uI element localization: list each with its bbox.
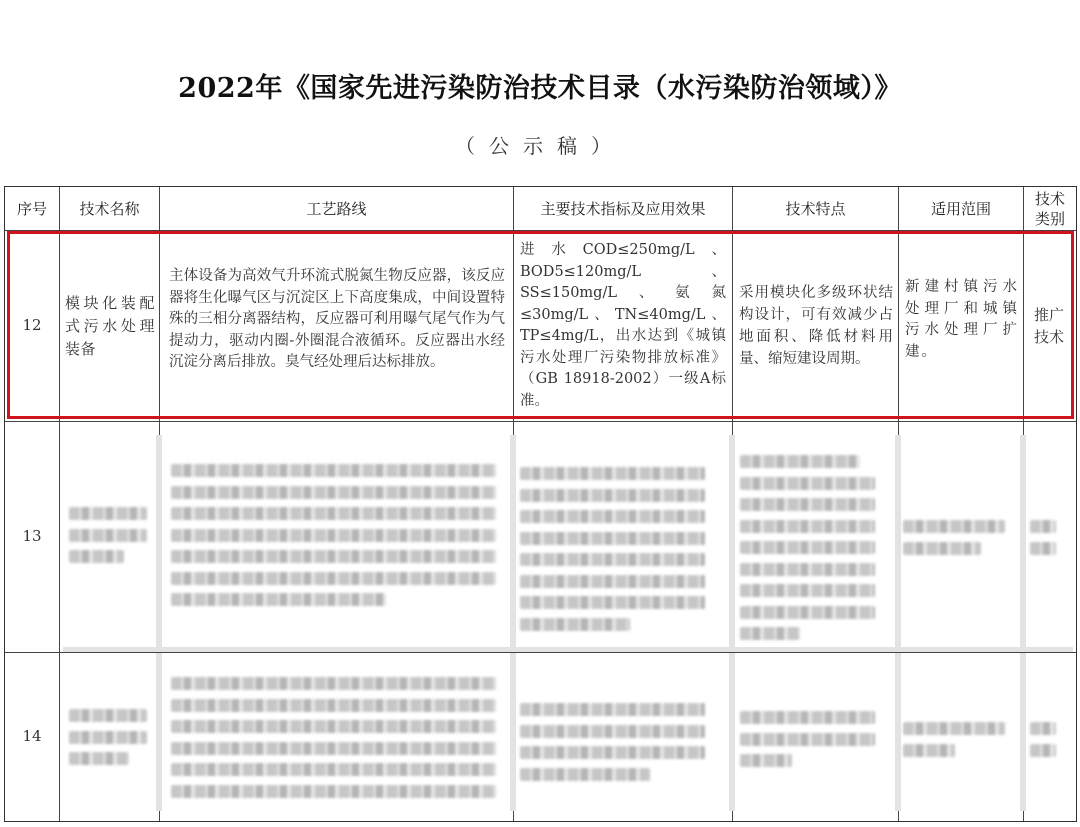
redacted-category bbox=[1030, 722, 1060, 765]
redaction-seam bbox=[63, 647, 1073, 652]
grid-line bbox=[59, 187, 60, 821]
redacted-name bbox=[69, 709, 149, 774]
grid-line bbox=[5, 421, 1076, 422]
row-features: 采用模块化多级环状结构设计，可有效减少占地面积、降低材料用量、缩短建设周期。 bbox=[739, 231, 893, 421]
header-scope: 适用范围 bbox=[899, 187, 1023, 230]
row-scope: 新建村镇污水处理厂和城镇污水处理厂扩建。 bbox=[905, 231, 1019, 421]
redacted-features bbox=[740, 711, 880, 776]
header-indicators: 主要技术指标及应用效果 bbox=[514, 187, 732, 230]
redacted-scope bbox=[903, 520, 1013, 563]
header-category: 技术 类别 bbox=[1024, 187, 1076, 230]
document-title: 2022年《国家先进污染防治技术目录（水污染防治领域）》 bbox=[0, 66, 1080, 105]
redacted-indicators bbox=[520, 703, 710, 789]
redacted-process bbox=[171, 464, 501, 615]
redacted-process bbox=[171, 677, 501, 806]
redacted-scope bbox=[903, 722, 1013, 765]
row-index: 13 bbox=[5, 422, 59, 652]
row-indicators: 进水COD≤250mg/L、BOD5≤120mg/L、SS≤150mg/L、氨氮… bbox=[520, 231, 726, 421]
header-index: 序号 bbox=[5, 187, 59, 230]
row-category: 推广技术 bbox=[1029, 231, 1069, 421]
redaction-seam bbox=[510, 435, 516, 652]
redacted-category bbox=[1030, 520, 1060, 563]
redaction-seam bbox=[895, 435, 901, 652]
grid-line bbox=[5, 652, 1076, 653]
redaction-seam bbox=[895, 653, 901, 811]
redacted-name bbox=[69, 507, 149, 572]
redacted-features bbox=[740, 455, 880, 649]
redaction-seam bbox=[1020, 435, 1026, 652]
header-name: 技术名称 bbox=[60, 187, 159, 230]
document-subtitle: （公示稿） bbox=[0, 130, 1080, 159]
redaction-seam bbox=[510, 653, 516, 811]
row-process: 主体设备为高效气升环流式脱氮生物反应器，该反应器将生化曝气区与沉淀区上下高度集成… bbox=[169, 231, 505, 421]
header-category-line: 技术 bbox=[1035, 189, 1065, 209]
redaction-seam bbox=[156, 653, 162, 811]
redacted-indicators bbox=[520, 467, 710, 639]
redaction-seam bbox=[156, 435, 162, 652]
redaction-seam bbox=[1020, 653, 1026, 811]
redaction-seam bbox=[729, 435, 735, 652]
technology-table: 序号 技术名称 工艺路线 主要技术指标及应用效果 技术特点 适用范围 技术 类别… bbox=[4, 186, 1077, 822]
row-name: 模块化装配式污水处理装备 bbox=[65, 231, 155, 421]
header-process: 工艺路线 bbox=[160, 187, 513, 230]
redaction-seam bbox=[729, 653, 735, 811]
row-index: 12 bbox=[5, 231, 59, 421]
row-index: 14 bbox=[5, 653, 59, 821]
header-features: 技术特点 bbox=[733, 187, 898, 230]
header-category-line: 类别 bbox=[1035, 209, 1065, 229]
